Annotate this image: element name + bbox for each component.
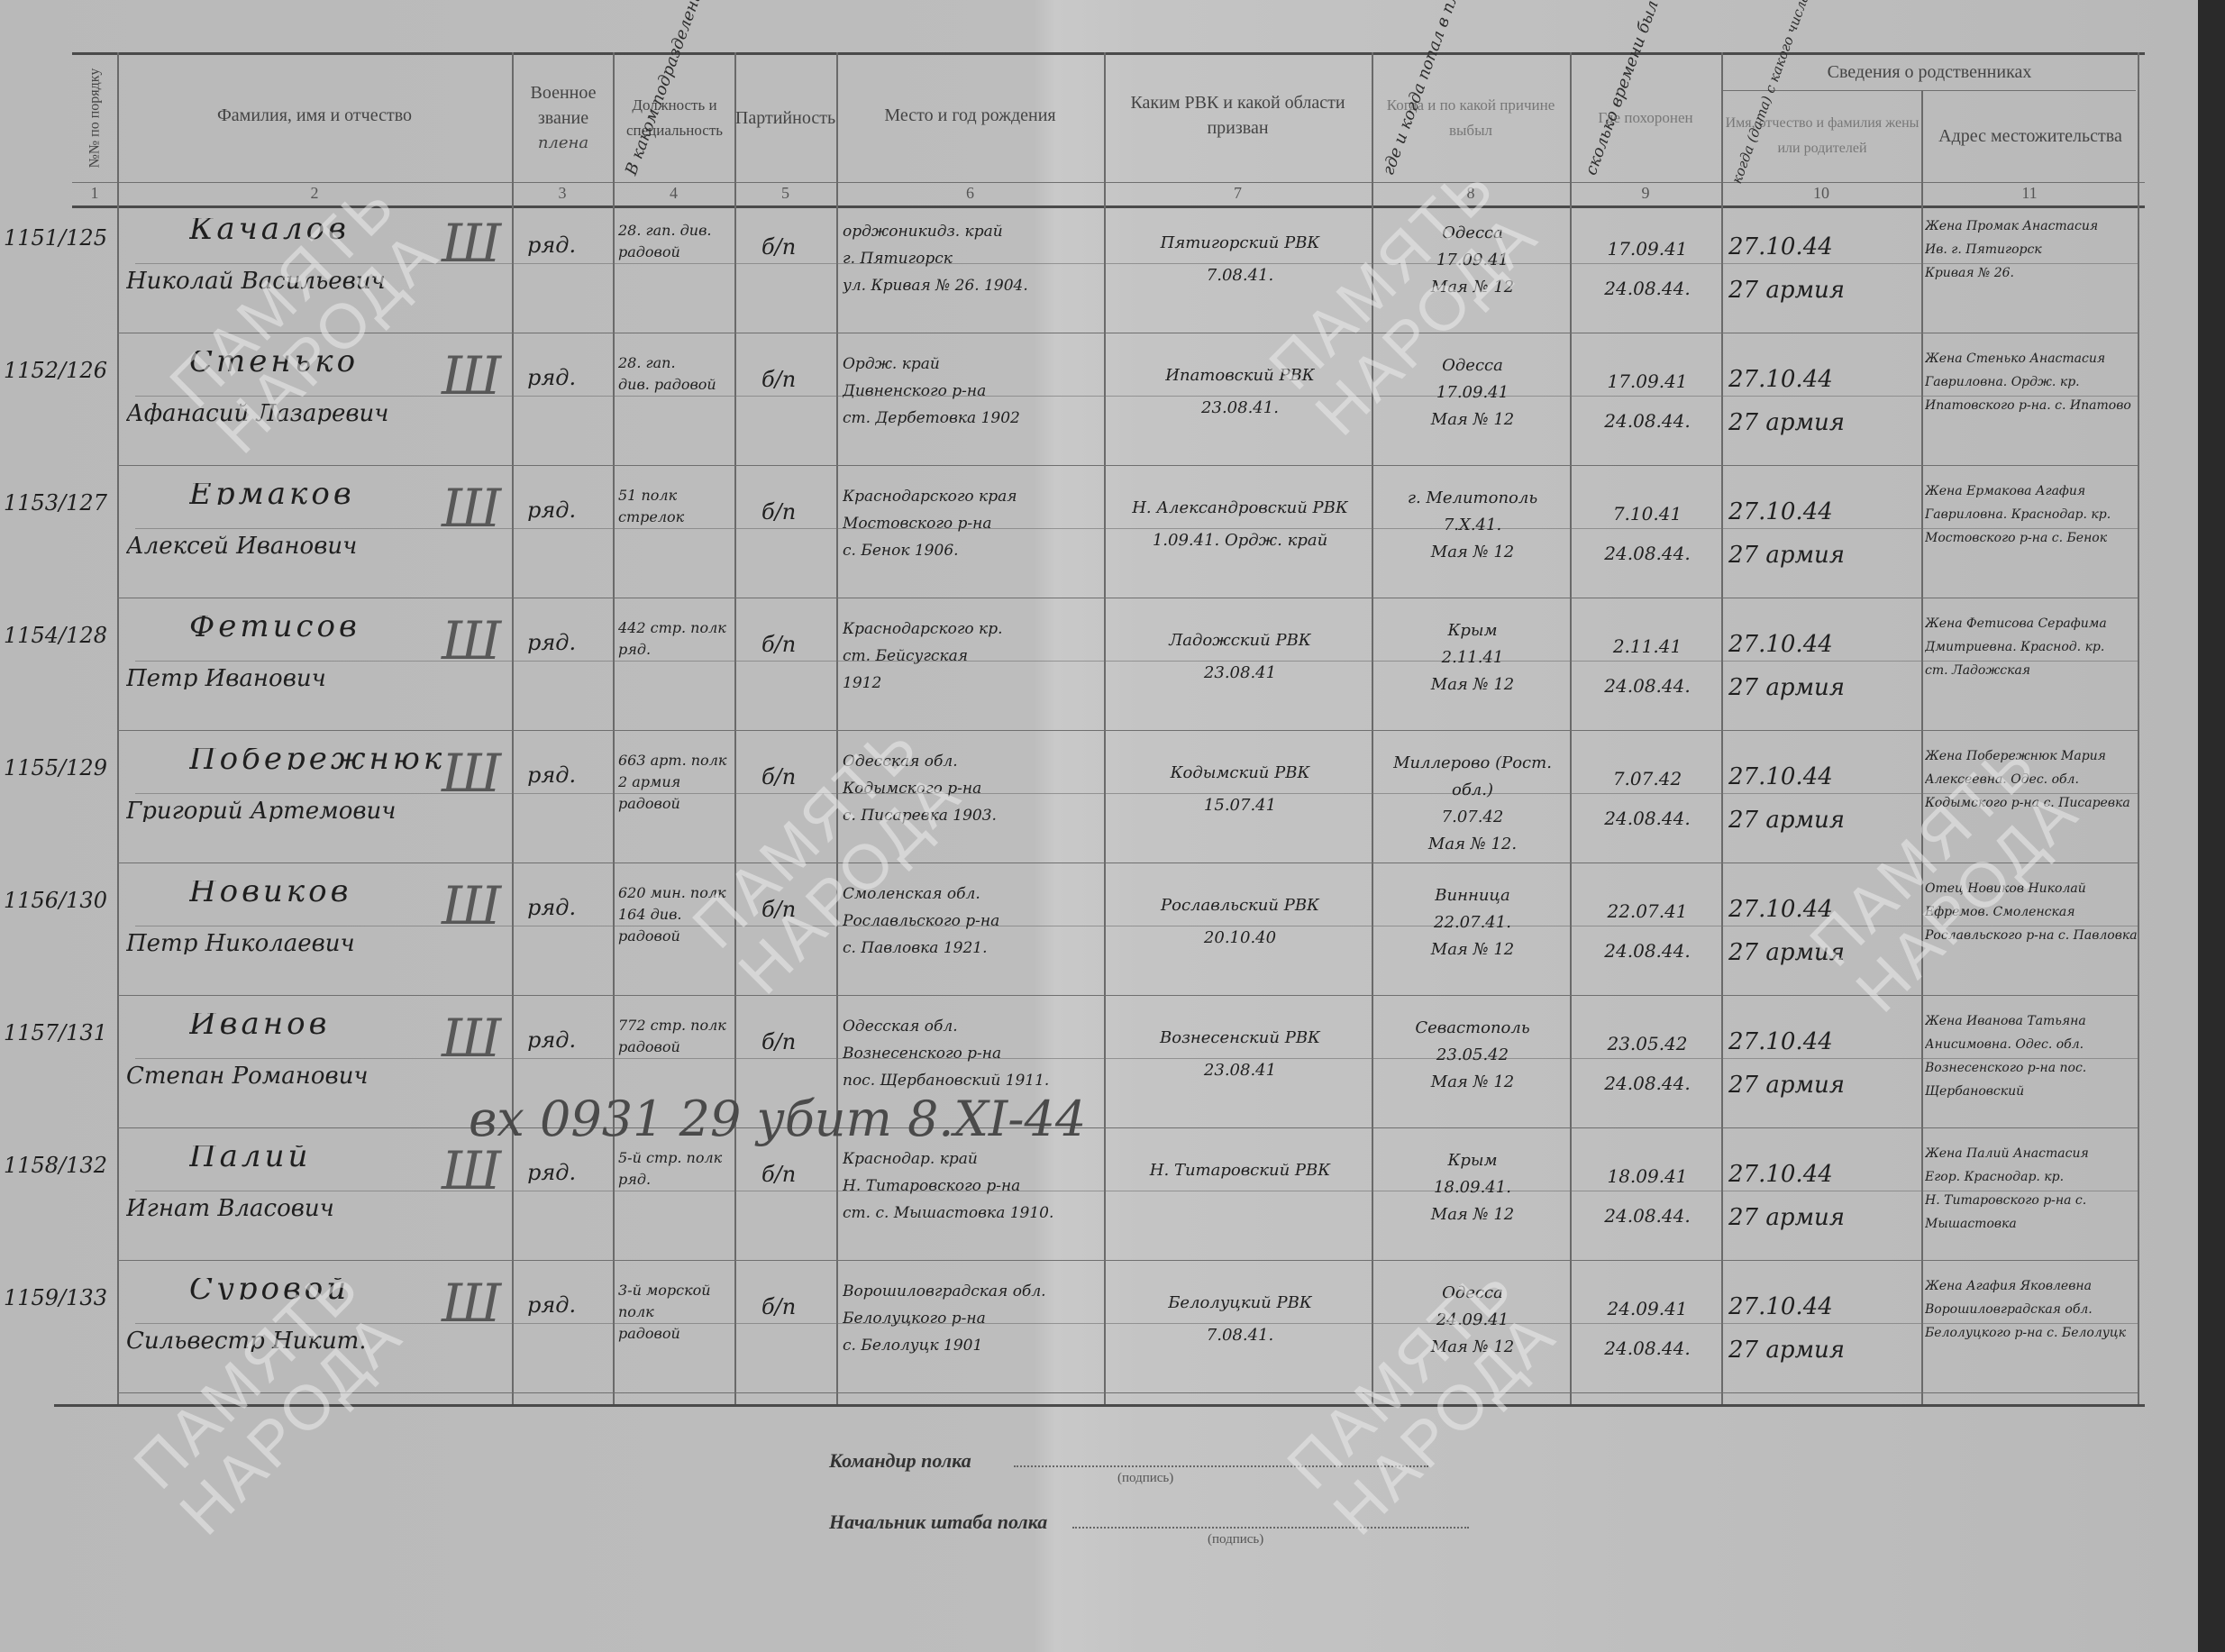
row-rule	[117, 1127, 2138, 1128]
header-col6: Место и год рождения	[836, 54, 1104, 176]
captivity-dates: 22.07.4124.08.44.	[1575, 891, 1719, 971]
colnum-10: 10	[1721, 184, 1921, 203]
birth-place: Краснодарского краяМостовского р-нас. Бе…	[843, 483, 1102, 564]
relative-address: Жена Промак АнастасияИв. г. ПятигорскКри…	[1925, 214, 2138, 285]
colnum-6: 6	[836, 184, 1104, 203]
commander-label: Командир полка	[829, 1449, 971, 1473]
record-index: 1158/132	[4, 1155, 115, 1176]
given-names: Григорий Артемович	[126, 800, 396, 822]
reassignment: 27.10.4427 армия	[1728, 358, 1918, 444]
birth-place: Краснодар. крайН. Титаровского р-наст. с…	[843, 1145, 1102, 1227]
colnum-4: 4	[613, 184, 734, 203]
birth-place: орджоникидз. крайг. Пятигорскул. Кривая …	[843, 218, 1102, 299]
chief-signature-line[interactable]	[1072, 1527, 1469, 1529]
row-rule	[117, 995, 2138, 996]
relative-address: Жена Ермакова АгафияГавриловна. Краснода…	[1925, 479, 2138, 550]
rank: ряд.	[527, 1294, 576, 1316]
captured-info: Крым18.09.41.Мая № 12	[1377, 1147, 1568, 1228]
party: б/п	[761, 1296, 796, 1318]
given-names: Петр Николаевич	[126, 933, 355, 954]
row-rule	[117, 1260, 2138, 1261]
record-index: 1153/127	[4, 492, 115, 514]
relative-address: Жена Агафия ЯковлевнаВорошиловградская о…	[1925, 1274, 2138, 1345]
record-index: 1155/129	[4, 757, 115, 779]
chief-caption: (подпись)	[1208, 1532, 1263, 1547]
party: б/п	[761, 1164, 796, 1185]
given-names: Алексей Иванович	[126, 535, 357, 557]
unit: 772 стр. полкрадовой	[618, 1015, 734, 1058]
captured-info: Миллерово (Рост. обл.)7.07.42Мая № 12.	[1377, 750, 1568, 858]
birth-place: Одесская обл.Вознесенского р-напос. Щерб…	[843, 1013, 1102, 1094]
record-index: 1156/130	[4, 890, 115, 911]
reassignment: 27.10.4427 армия	[1728, 623, 1918, 709]
checkmark-sh: Ш	[442, 1140, 501, 1201]
conscription-rvk: Кодымский РВК15.07.41	[1110, 757, 1370, 822]
surname: Побережнюк	[189, 748, 445, 770]
rank: ряд.	[527, 632, 576, 653]
col-divider	[512, 52, 514, 1404]
colnum-3: 3	[512, 184, 613, 203]
captivity-dates: 24.09.4124.08.44.	[1575, 1289, 1719, 1368]
checkmark-sh: Ш	[442, 478, 501, 539]
reassignment: 27.10.4427 армия	[1728, 225, 1918, 312]
table-bottom-rule	[54, 1404, 2145, 1407]
checkmark-sh: Ш	[442, 345, 501, 406]
relative-address: Жена Стенько АнастасияГавриловна. Ордж. …	[1925, 347, 2138, 417]
conscription-rvk: Н. Александровский РВК1.09.41. Ордж. кра…	[1110, 492, 1370, 557]
death-annotation: вх 0931 29 убит 8.XI-44	[469, 1091, 1086, 1147]
reassignment: 27.10.4427 армия	[1728, 1153, 1918, 1239]
header-col7: Каким РВК и какой области призван	[1104, 54, 1372, 176]
colnum-9: 9	[1570, 184, 1721, 203]
captivity-dates: 17.09.4124.08.44.	[1575, 229, 1719, 308]
colnum-7: 7	[1104, 184, 1372, 203]
conscription-rvk: Н. Титаровский РВК	[1110, 1155, 1370, 1187]
checkmark-sh: Ш	[442, 1273, 501, 1334]
party: б/п	[761, 1031, 796, 1053]
row-rule	[117, 598, 2138, 598]
reassignment: 27.10.4427 армия	[1728, 1020, 1918, 1107]
conscription-rvk: Вознесенский РВК23.08.41	[1110, 1022, 1370, 1087]
surname: Новиков	[189, 881, 351, 902]
col-divider	[1104, 52, 1106, 1404]
surname: Фетисов	[189, 616, 360, 637]
checkmark-sh: Ш	[442, 743, 501, 804]
rank: ряд.	[527, 1029, 576, 1051]
birth-place: Ордж. крайДивненского р-наст. Дербетовка…	[843, 351, 1102, 432]
party: б/п	[761, 766, 796, 788]
birth-place: Краснодарского кр.ст. Бейсугская1912	[843, 616, 1102, 697]
unit: 442 стр. полкряд.	[618, 617, 734, 661]
captured-info: Крым2.11.41Мая № 12	[1377, 617, 1568, 698]
header-col2: Фамилия, имя и отчество	[117, 54, 512, 176]
party: б/п	[761, 634, 796, 655]
rank: ряд.	[527, 764, 576, 786]
col-divider	[1921, 90, 1923, 1404]
unit: 3-й морской полкрадовой	[618, 1280, 734, 1345]
record-index: 1152/126	[4, 360, 115, 381]
unit: 28. гап.див. радовой	[618, 352, 734, 396]
rank: ряд.	[527, 367, 576, 388]
party: б/п	[761, 501, 796, 523]
rank: ряд.	[527, 897, 576, 918]
header-col3: Военное званиеплена	[514, 54, 613, 182]
unit: 51 полкстрелок	[618, 485, 734, 528]
checkmark-sh: Ш	[442, 1008, 501, 1069]
given-names: Петр Иванович	[126, 668, 326, 689]
captured-info: Севастополь23.05.42Мая № 12	[1377, 1015, 1568, 1096]
unit: 663 арт. полк2 армия радовой	[618, 750, 734, 815]
rank: ряд.	[527, 499, 576, 521]
conscription-rvk: Рославльский РВК20.10.40	[1110, 890, 1370, 954]
captured-info: Винница22.07.41.Мая № 12	[1377, 882, 1568, 963]
record-index: 1157/131	[4, 1022, 115, 1044]
record-index: 1154/128	[4, 625, 115, 646]
conscription-rvk: Белолуцкий РВК7.08.41.	[1110, 1287, 1370, 1352]
checkmark-sh: Ш	[442, 875, 501, 936]
record-index: 1151/125	[4, 227, 115, 249]
conscription-rvk: Ладожский РВК23.08.41	[1110, 625, 1370, 689]
party: б/п	[761, 369, 796, 390]
unit: 5-й стр. полкряд.	[618, 1147, 734, 1191]
reassignment: 27.10.4427 армия	[1728, 755, 1918, 842]
header-col11: Адрес местожительства	[1923, 90, 2138, 182]
captivity-dates: 2.11.4124.08.44.	[1575, 626, 1719, 706]
header-col5: Партийность	[734, 54, 836, 182]
commander-caption: (подпись)	[1117, 1471, 1173, 1486]
scan-edge	[2198, 0, 2225, 1652]
colnum-5: 5	[734, 184, 836, 203]
col-divider	[613, 52, 615, 1404]
captivity-dates: 7.10.4124.08.44.	[1575, 494, 1719, 573]
surname: Ермаков	[189, 483, 355, 505]
unit: 28. гап. див.радовой	[618, 220, 734, 263]
col-divider	[1721, 52, 1723, 1404]
record-index: 1159/133	[4, 1287, 115, 1309]
col-divider	[836, 52, 838, 1404]
captivity-dates: 23.05.4224.08.44.	[1575, 1024, 1719, 1103]
colnum-1: 1	[72, 184, 117, 203]
relative-address: Жена Фетисова СерафимаДмитриевна. Красно…	[1925, 612, 2138, 682]
header-col1: №№ по порядку	[72, 54, 117, 182]
col-divider	[117, 52, 119, 1404]
birth-place: Ворошиловградская обл.Белолуцкого р-нас.…	[843, 1278, 1102, 1359]
col-divider	[1570, 52, 1572, 1404]
relative-address: Жена Палий АнастасияЕгор. Краснодар. кр.…	[1925, 1142, 2138, 1236]
header-bottom-rule	[72, 182, 2145, 183]
rank: ряд.	[527, 1162, 576, 1183]
surname: Палий	[189, 1145, 311, 1167]
given-names: Степан Романович	[126, 1065, 369, 1087]
col-divider	[2138, 52, 2139, 1404]
row-rule	[117, 465, 2138, 466]
captured-info: г. Мелитополь7.X.41.Мая № 12	[1377, 485, 1568, 566]
captivity-dates: 18.09.4124.08.44.	[1575, 1156, 1719, 1236]
relative-address: Жена Иванова ТатьянаАнисимовна. Одес. об…	[1925, 1009, 2138, 1103]
row-rule	[117, 333, 2138, 333]
colnum-11: 11	[1921, 184, 2138, 203]
chief-of-staff-label: Начальник штаба полка	[829, 1511, 1047, 1534]
row-rule	[117, 1392, 2138, 1393]
row-rule	[117, 863, 2138, 863]
colnum-2: 2	[117, 184, 512, 203]
checkmark-sh: Ш	[442, 610, 501, 671]
reassignment: 27.10.4427 армия	[1728, 1285, 1918, 1372]
party: б/п	[761, 236, 796, 258]
captivity-dates: 7.07.4224.08.44.	[1575, 759, 1719, 838]
reassignment: 27.10.4427 армия	[1728, 490, 1918, 577]
captivity-dates: 17.09.4124.08.44.	[1575, 361, 1719, 441]
given-names: Игнат Власович	[126, 1198, 334, 1219]
col-divider	[734, 52, 736, 1404]
row-rule	[117, 730, 2138, 731]
rank: ряд.	[527, 234, 576, 256]
surname: Иванов	[189, 1013, 330, 1035]
